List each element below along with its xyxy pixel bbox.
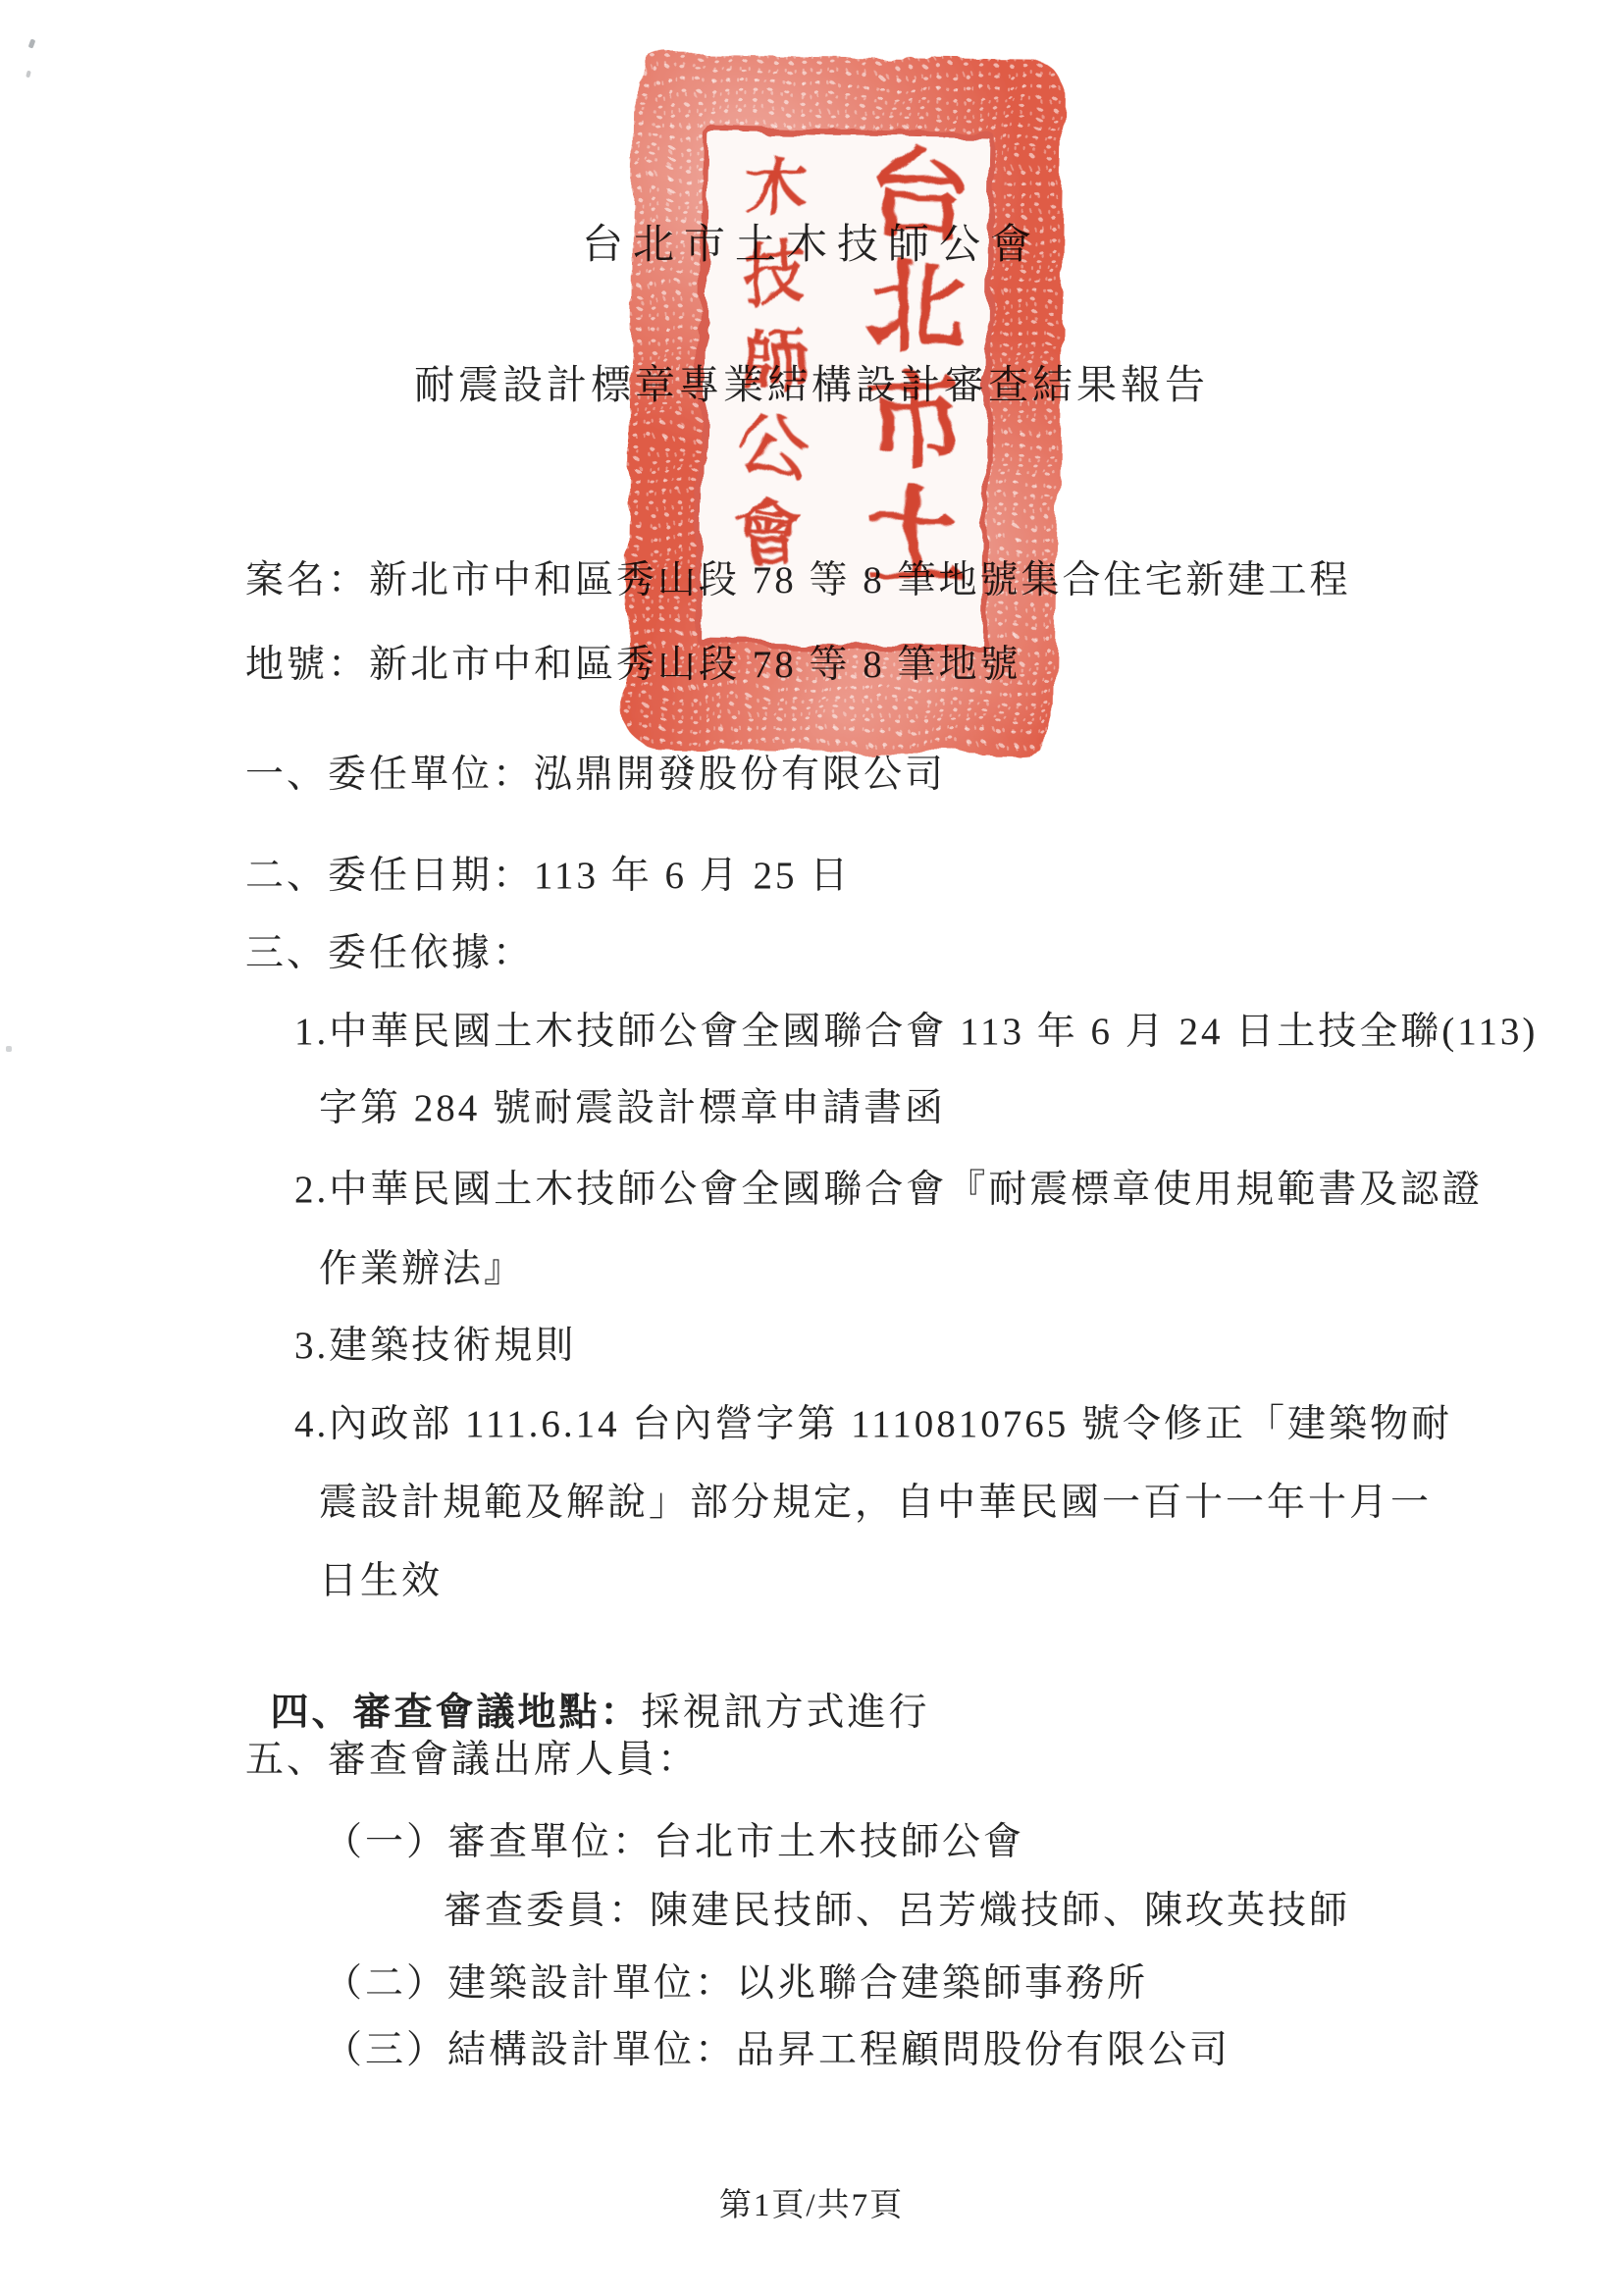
basis-item-3-line-1: 3.建築技術規則 — [294, 1319, 576, 1374]
seal-text-primary: 台北市土 — [831, 139, 980, 597]
attendee-structure-unit-line: （三）結構設計單位：品昇工程顧問股份有限公司 — [324, 2023, 1230, 2078]
attendees-heading-line: 五、審查會議出席人員： — [245, 1733, 699, 1788]
meeting-location-value: 採視訊方式進行 — [642, 1692, 930, 1734]
meeting-location-label: 審查會議地點： — [353, 1692, 642, 1734]
basis-item-2-line-1: 2.中華民國土木技師公會全國聯合會『耐震標章使用規範書及認證 — [294, 1163, 1483, 1218]
basis-item-4-line-1: 4.內政部 111.6.14 台內營字第 1110810765 號令修正「建築物… — [294, 1397, 1452, 1452]
meeting-location-prefix: 四、 — [271, 1692, 353, 1734]
attendee-review-committee-line: 審查委員：陳建民技師、呂芳熾技師、陳玫英技師 — [444, 1884, 1350, 1939]
basis-item-1-line-2: 字第 284 號耐震設計標章申請書函 — [319, 1081, 946, 1136]
official-seal-stamp: 台北市土 木技師公會 — [625, 54, 1065, 755]
seal-inner-panel: 台北市土 木技師公會 — [696, 128, 995, 650]
scan-speck — [28, 38, 36, 48]
attendee-architecture-unit-line: （二）建築設計單位：以兆聯合建築師事務所 — [324, 1957, 1148, 2011]
page-number: 第1頁/共7頁 — [0, 2178, 1623, 2233]
basis-item-2-line-2: 作業辦法』 — [319, 1242, 525, 1297]
attendee-review-unit-line: （一）審查單位：台北市土木技師公會 — [324, 1815, 1024, 1870]
commissioning-unit-line: 一、委任單位：泓鼎開發股份有限公司 — [245, 748, 946, 803]
scan-speck — [26, 71, 31, 78]
basis-item-1-line-1: 1.中華民國土木技師公會全國聯合會 113 年 6 月 24 日土技全聯(113… — [294, 1005, 1538, 1060]
seal-text-secondary: 木技師公會 — [717, 151, 818, 584]
meeting-location-line: 四、審查會議地點：採視訊方式進行 — [245, 1631, 930, 1741]
basis-item-4-line-3: 日生效 — [319, 1554, 443, 1609]
commission-date-line: 二、委任日期：113 年 6 月 25 日 — [245, 849, 851, 904]
basis-heading-line: 三、委任依據： — [245, 926, 534, 981]
scan-speck — [6, 1046, 12, 1052]
basis-item-4-line-2: 震設計規範及解說」部分規定，自中華民國一百十一年十月一 — [319, 1476, 1432, 1531]
